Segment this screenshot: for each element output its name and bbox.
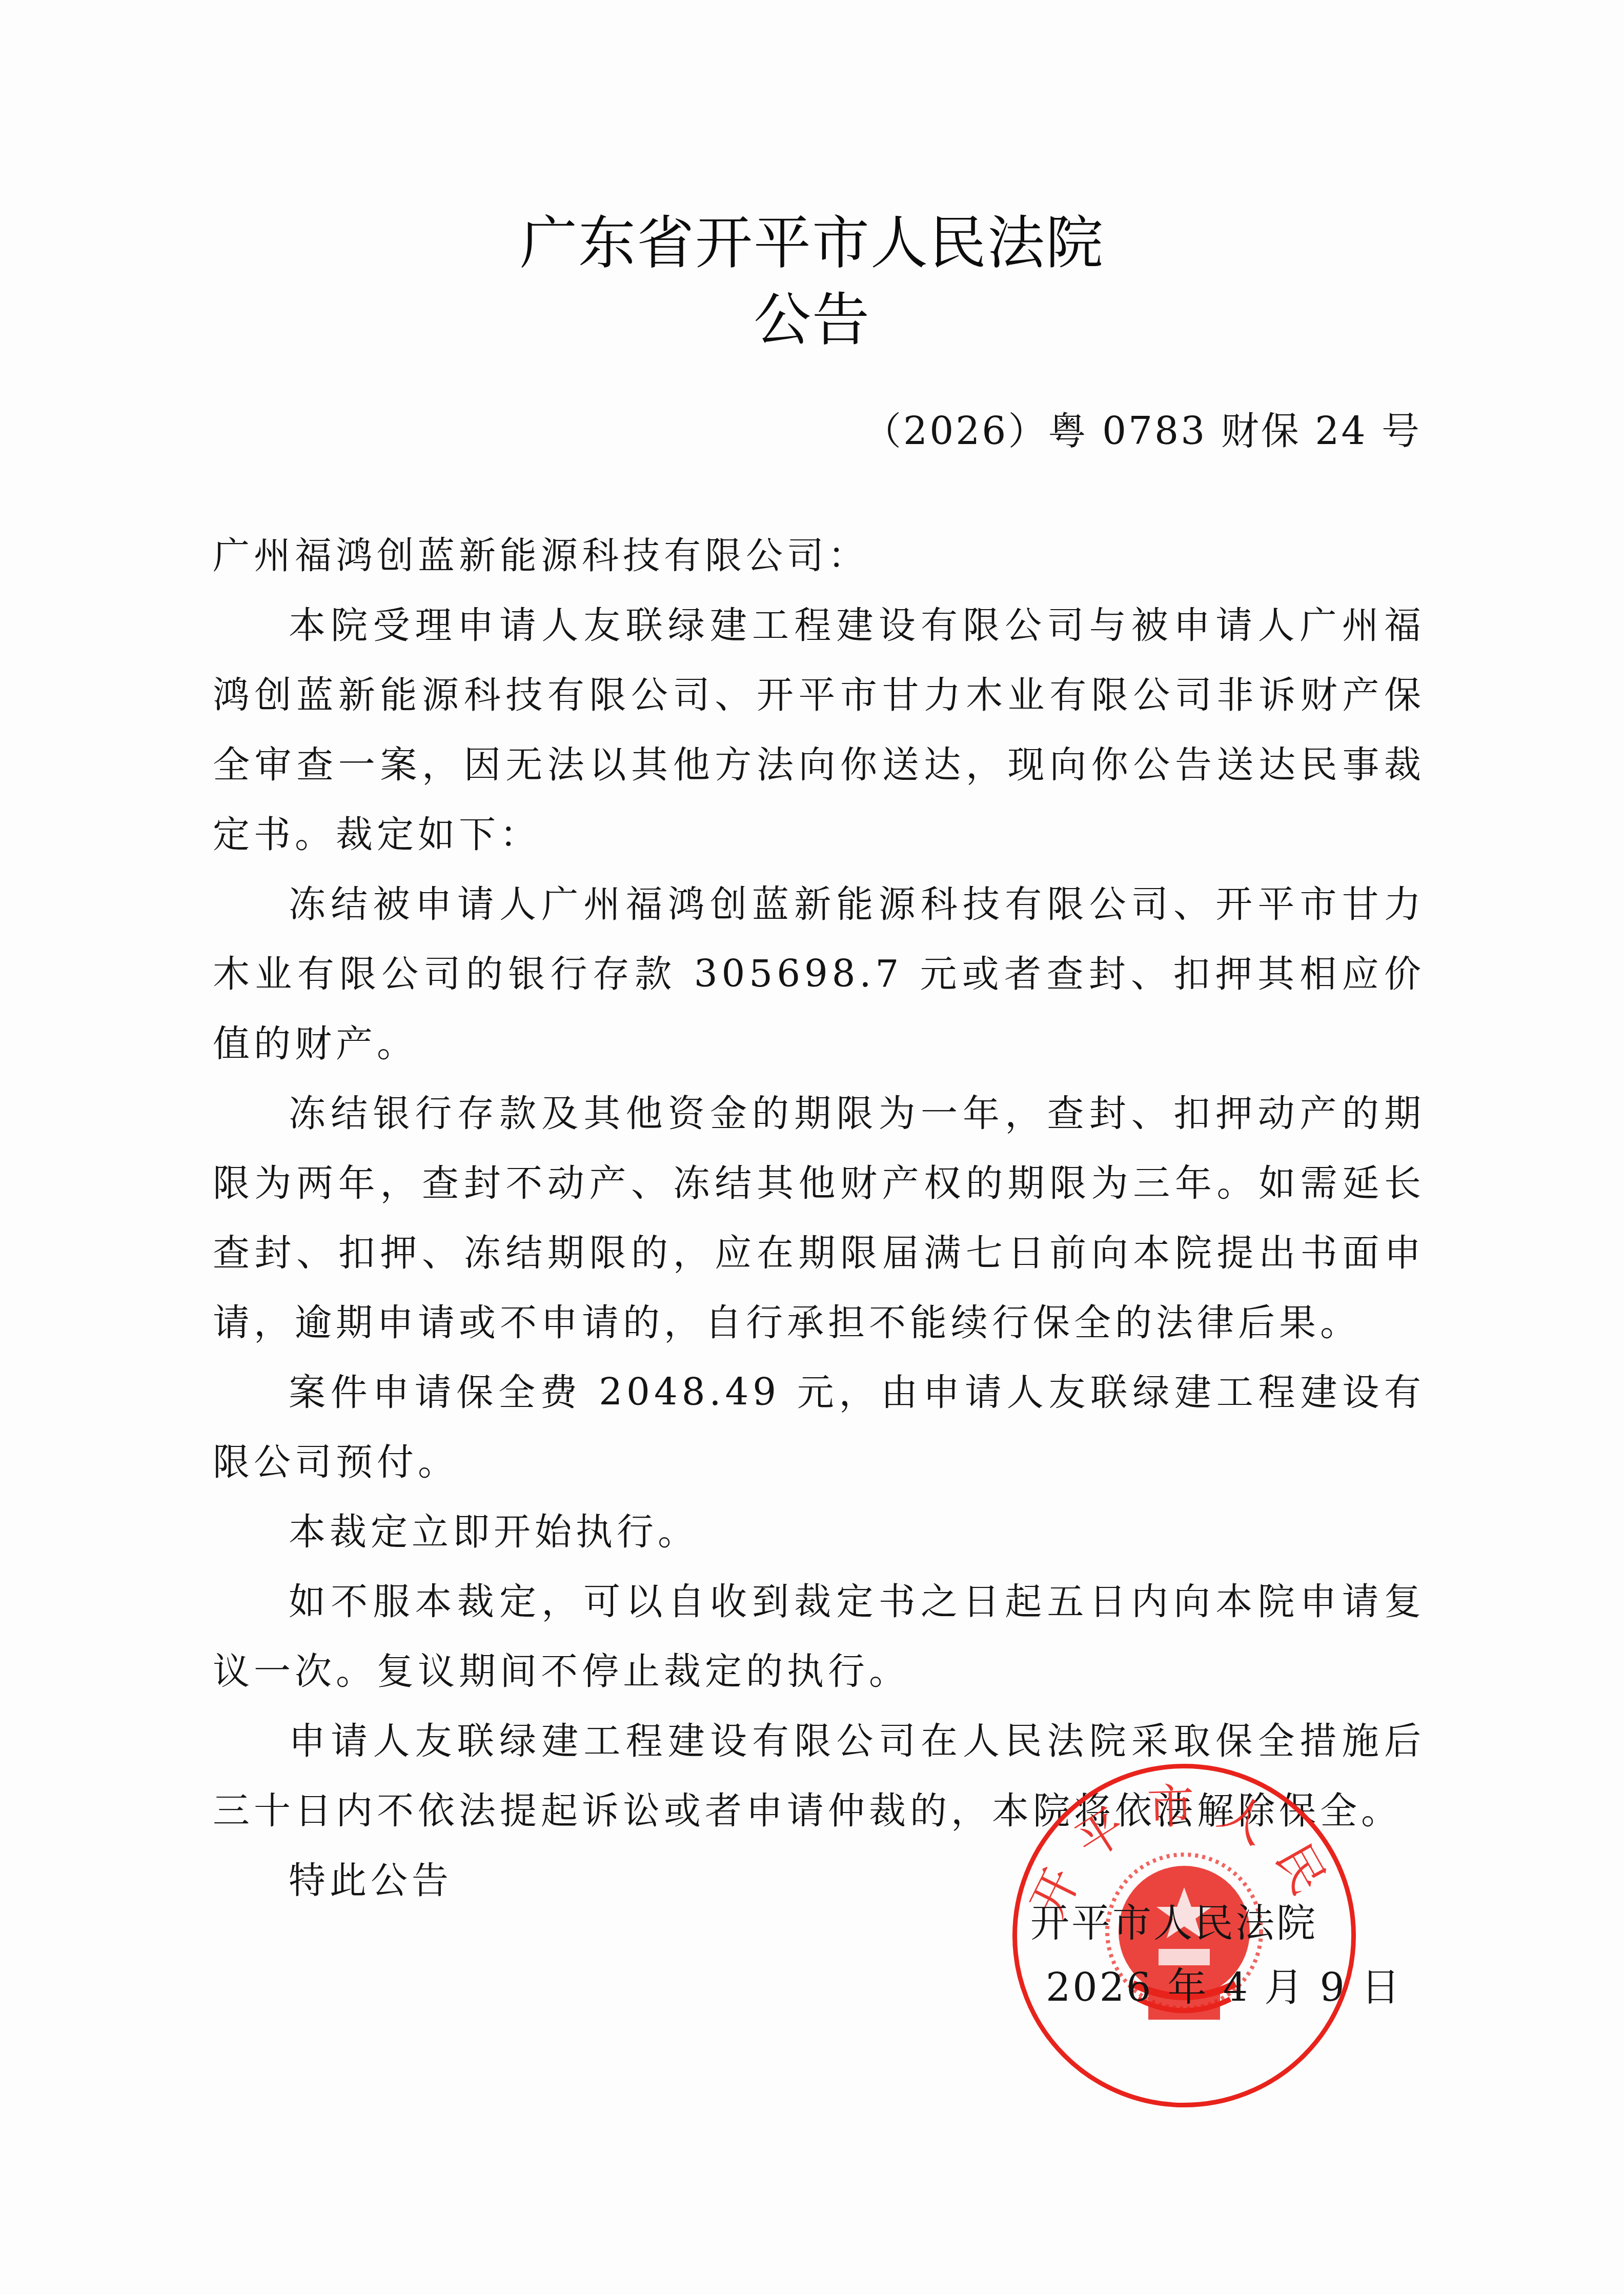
addressee: 广州福鸿创蓝新能源科技有限公司：	[213, 520, 1425, 590]
paragraph-fee: 案件申请保全费 2048.49 元，由申请人友联绿建工程建设有限公司预付。	[213, 1357, 1425, 1497]
paragraph-reconsideration: 如不服本裁定，可以自收到裁定书之日起五日内向本院申请复议一次。复议期间不停止裁定…	[213, 1566, 1425, 1706]
case-number: （2026）粤 0783 财保 24 号	[863, 401, 1422, 455]
court-announcement-page: 广东省开平市人民法院 公告 （2026）粤 0783 财保 24 号 广州福鸿创…	[0, 0, 1624, 2295]
announcement-title: 公告	[0, 274, 1624, 357]
paragraph-execution: 本裁定立即开始执行。	[213, 1497, 1425, 1566]
court-name-title: 广东省开平市人民法院	[0, 197, 1624, 280]
paragraph-case-intro: 本院受理申请人友联绿建工程建设有限公司与被申请人广州福鸿创蓝新能源科技有限公司、…	[213, 590, 1425, 869]
paragraph-freeze-order: 冻结被申请人广州福鸿创蓝新能源科技有限公司、开平市甘力木业有限公司的银行存款 3…	[213, 869, 1425, 1078]
issue-date: 2026 年 4 月 9 日	[1046, 1956, 1402, 2012]
signature-court-name: 开平市人民法院	[1030, 1892, 1317, 1948]
paragraph-freeze-period: 冻结银行存款及其他资金的期限为一年，查封、扣押动产的期限为两年，查封不动产、冻结…	[213, 1078, 1425, 1357]
announcement-body: 广州福鸿创蓝新能源科技有限公司： 本院受理申请人友联绿建工程建设有限公司与被申请…	[213, 520, 1425, 1915]
